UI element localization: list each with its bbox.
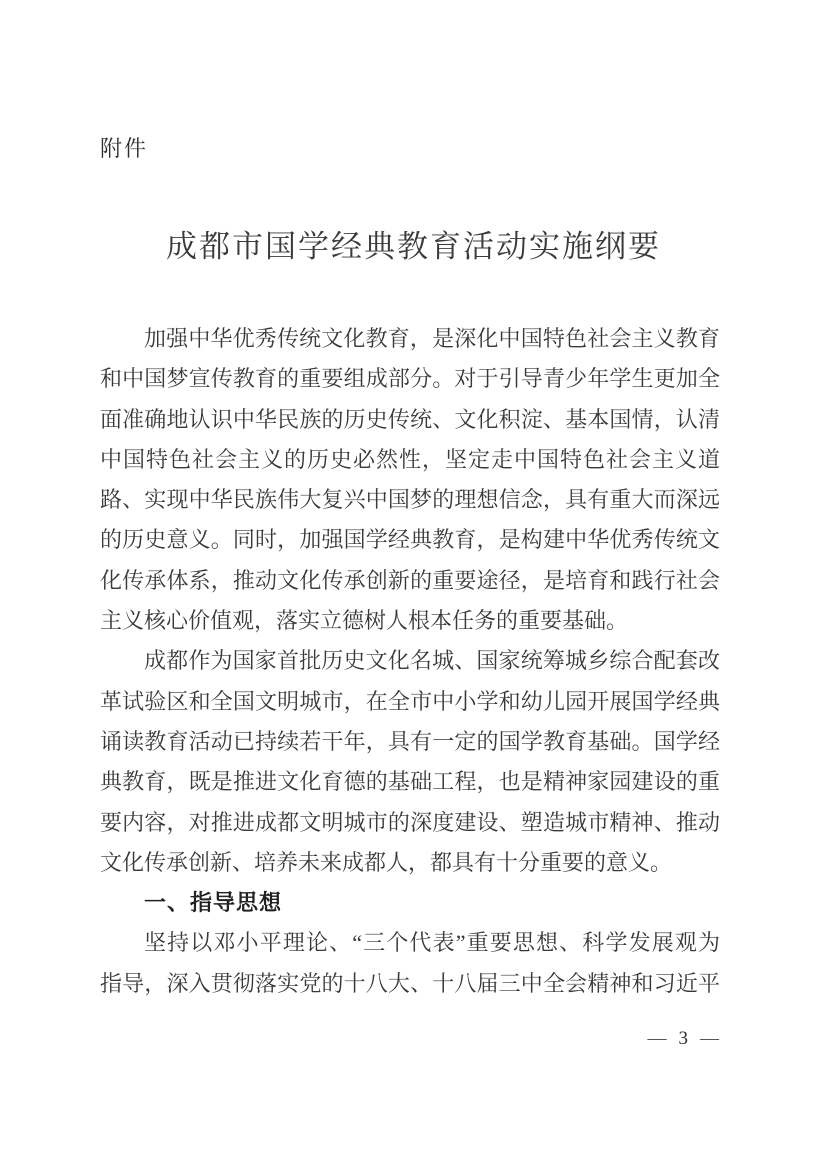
paragraph1-line-6: 的历史意义。同时，加强国学经典教育，是构建中华优秀传统文 bbox=[100, 520, 720, 560]
footer-dash-left: — bbox=[648, 1028, 667, 1049]
page-number: 3 bbox=[679, 1028, 689, 1049]
paragraph1-line-5: 路、实现中华民族伟大复兴中国梦的理想信念，具有重大而深远 bbox=[100, 480, 720, 520]
paragraph3-line-2: 指导，深入贯彻落实党的十八大、十八届三中全会精神和习近平 bbox=[100, 964, 720, 1004]
paragraph1-line-7: 化传承体系，推动文化传承创新的重要途径，是培育和践行社会 bbox=[100, 561, 720, 601]
footer-dash-right: — bbox=[700, 1028, 719, 1049]
paragraph2-line-6: 文化传承创新、培养未来成都人，都具有十分重要的意义。 bbox=[100, 843, 720, 883]
paragraph2-line-1: 成都作为国家首批历史文化名城、国家统筹城乡综合配套改 bbox=[100, 641, 720, 681]
paragraph2-line-5: 要内容，对推进成都文明城市的深度建设、塑造城市精神、推动 bbox=[100, 803, 720, 843]
paragraph1-line-1: 加强中华优秀传统文化教育，是深化中国特色社会主义教育 bbox=[100, 319, 720, 359]
paragraph2-line-2: 革试验区和全国文明城市，在全市中小学和幼儿园开展国学经典 bbox=[100, 682, 720, 722]
paragraph2-line-3: 诵读教育活动已持续若干年，具有一定的国学教育基础。国学经 bbox=[100, 722, 720, 762]
paragraph2-line-4: 典教育，既是推进文化育德的基础工程，也是精神家园建设的重 bbox=[100, 762, 720, 802]
paragraph1-line-8: 主义核心价值观，落实立德树人根本任务的重要基础。 bbox=[100, 601, 720, 641]
paragraph3-line-1: 坚持以邓小平理论、“三个代表”重要思想、科学发展观为 bbox=[100, 923, 720, 963]
page-footer: —3— bbox=[648, 1027, 720, 1051]
paragraph1-line-4: 中国特色社会主义的历史必然性，坚定走中国特色社会主义道 bbox=[100, 440, 720, 480]
document-page: 附件 成都市国学经典教育活动实施纲要 加强中华优秀传统文化教育，是深化中国特色社… bbox=[0, 0, 827, 1169]
paragraph1-line-3: 面准确地认识中华民族的历史传统、文化积淀、基本国情，认清 bbox=[100, 400, 720, 440]
paragraph1-line-2: 和中国梦宣传教育的重要组成部分。对于引导青少年学生更加全 bbox=[100, 359, 720, 399]
section-heading-1: 一、指导思想 bbox=[100, 883, 720, 923]
attachment-label: 附件 bbox=[100, 136, 148, 162]
document-title: 成都市国学经典教育活动实施纲要 bbox=[0, 221, 827, 266]
document-body: 加强中华优秀传统文化教育，是深化中国特色社会主义教育 和中国梦宣传教育的重要组成… bbox=[100, 319, 720, 1004]
